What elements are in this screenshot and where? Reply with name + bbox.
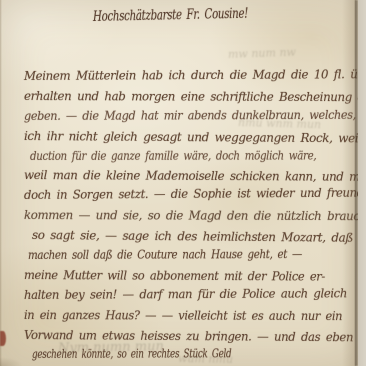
handwriting-line: geschehen könnte, so ein rechtes Stück G… <box>32 346 267 366</box>
paper-edge-shadow <box>342 0 356 366</box>
letter-photograph: mw num nw nmu wnm mun Nym numn mun wum n… <box>0 0 366 366</box>
letter-salutation: Hochschätzbarste Fr. Cousine! <box>93 6 248 25</box>
handwriting-line: machen soll daß die Couture nach Hause g… <box>28 246 306 267</box>
handwriting-line: halten bey sein! — darf man für die Poli… <box>24 285 342 307</box>
letter-body: Meinem Mütterlein hab ich durch die Magd… <box>24 68 366 366</box>
handwriting-line: duction für die ganze famille wäre, doch… <box>30 147 306 167</box>
handwriting-line: geben. — die Magd hat mir abends dunkelb… <box>24 107 332 128</box>
handwriting-line: Meinem Mütterlein hab ich durch die Magd… <box>24 66 346 88</box>
background-strip <box>358 0 366 366</box>
red-ink-mark <box>0 331 6 346</box>
ink-bleedthrough-mark: mw num nw <box>228 46 296 61</box>
handwriting-line: ich ihr nicht gleich gesagt und weggegan… <box>24 128 350 150</box>
corner-shadow <box>0 350 40 366</box>
handwriting-line: kommen — und sie, so die Magd den die nü… <box>24 207 346 228</box>
handwriting-line: doch in Sorgen setzt. — die Sophie ist w… <box>24 185 342 207</box>
handwriting-line: erhalten und hab morgen eine schriftlich… <box>24 88 347 109</box>
handwriting-line: in ein ganzes Haus? — — vielleicht ist e… <box>24 307 336 328</box>
paper-edge-left <box>0 0 2 366</box>
